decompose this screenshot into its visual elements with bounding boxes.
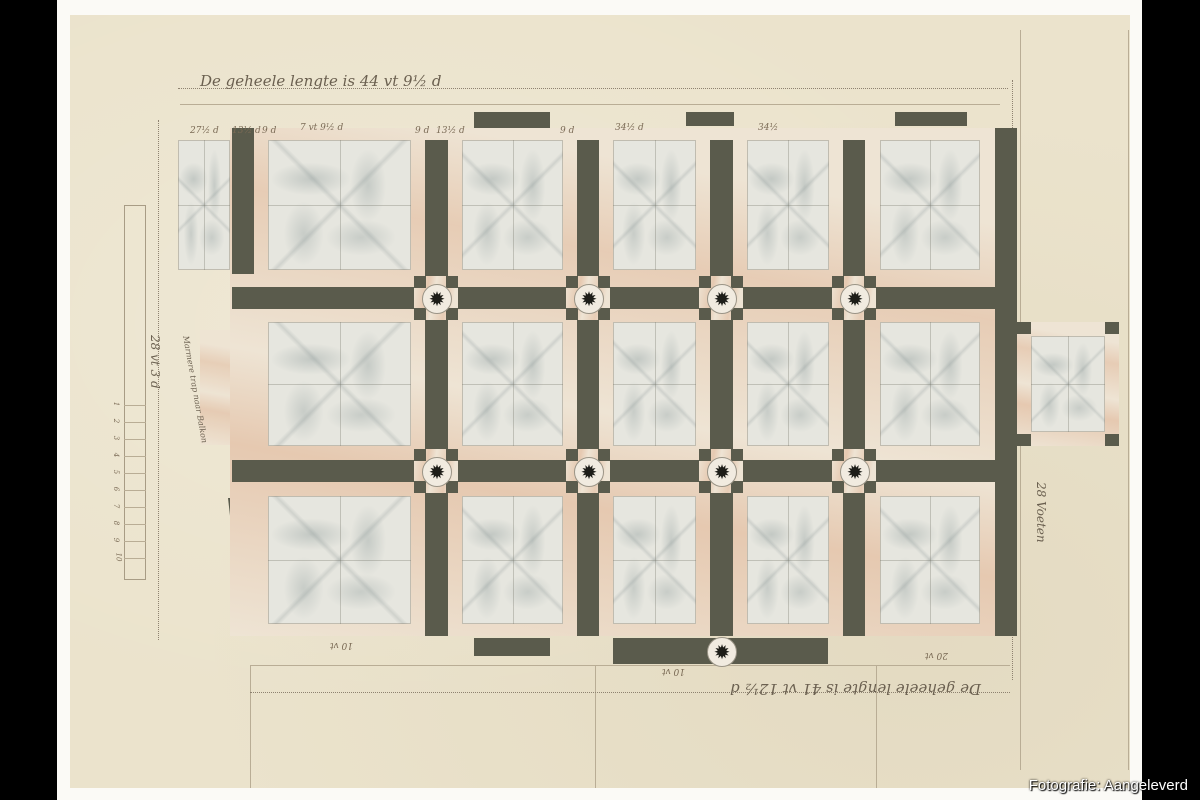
scale-tick-label: 5 [112,470,120,474]
right-annex-corner-4 [1105,434,1119,446]
intersection-corner [864,308,876,320]
hband-2 [232,460,995,482]
star-icon: ✹ [581,462,598,482]
intersection-corner [832,481,844,493]
dim-top-5: 9 d [415,126,429,136]
intersection-corner [699,481,711,493]
scale-tick [124,456,146,457]
intersection-corner [414,308,426,320]
intersection-corner [731,276,743,288]
top-niche-2 [686,112,734,126]
left-dimension-label: 28 vt 3 d [148,335,162,389]
right-annex-corner-1 [1017,322,1031,334]
star-medallion: ✹ [422,284,452,314]
scale-tick [124,405,146,406]
scale-tick-label: 8 [112,521,120,525]
star-icon: ✹ [714,462,731,482]
marble-panel-r2c5 [880,322,980,446]
intersection-corner [566,276,578,288]
guide-line-bottom-h [250,665,1010,666]
star-icon: ✹ [714,289,731,309]
dim-top-7: 9 d [560,126,574,136]
intersection-corner [699,449,711,461]
vband-5 [843,140,865,636]
scale-tick [124,541,146,542]
marble-panel-r3c2 [462,496,563,624]
marble-panel-r1c5 [880,140,980,270]
intersection-corner [446,449,458,461]
marble-panel-r2c1 [268,322,411,446]
star-icon: ✹ [714,642,731,662]
scale-tick-label: 9 [112,538,120,542]
intersection-corner [414,276,426,288]
dim-top-8: 34½ d [615,123,644,133]
vband-2 [425,140,448,636]
intersection-corner [598,308,610,320]
marble-panel-r1c2 [462,140,563,270]
scale-tick-label: 1 [112,402,120,406]
intersection-corner [699,276,711,288]
intersection-corner [566,481,578,493]
star-icon: ✹ [581,289,598,309]
star-medallion: ✹ [840,457,870,487]
scale-tick [124,524,146,525]
scale-tick-label: 2 [112,419,120,423]
intersection-corner [699,308,711,320]
dim-top-6: 13½ d [436,126,465,136]
star-icon: ✹ [847,462,864,482]
intersection-corner [414,481,426,493]
star-medallion: ✹ [840,284,870,314]
intersection-corner [598,276,610,288]
star-medallion-bottom: ✹ [707,637,737,667]
intersection-corner [566,308,578,320]
scale-tick-label: 4 [112,453,120,457]
marble-panel-r3c4 [747,496,829,624]
scale-tick-label: 6 [112,487,120,491]
star-medallion: ✹ [574,457,604,487]
scale-tick [124,473,146,474]
intersection-corner [598,449,610,461]
bottom-niche-1 [474,638,550,656]
scale-tick-label: 3 [112,436,120,440]
intersection-corner [832,449,844,461]
marble-panel-r2c3 [613,322,696,446]
star-medallion: ✹ [707,457,737,487]
scale-tick [124,439,146,440]
star-medallion: ✹ [422,457,452,487]
star-medallion: ✹ [574,284,604,314]
left-annex-top [178,140,230,270]
scale-tick [124,558,146,559]
marble-panel-r2c2 [462,322,563,446]
star-icon: ✹ [847,289,864,309]
hband-1 [232,287,995,309]
dim-bottom-3: 20 vt [925,650,948,660]
star-medallion: ✹ [707,284,737,314]
marble-panel-r3c1 [268,496,411,624]
marble-panel-r1c3 [613,140,696,270]
top-niche-3 [895,112,967,126]
intersection-corner [446,308,458,320]
intersection-corner [731,481,743,493]
dim-bottom-1: 10 vt [330,640,353,650]
width-label-bottom-right: 28 Voeten [1034,482,1048,543]
photo-credit: Fotografie: Aangeleverd [1029,777,1188,794]
intersection-corner [832,308,844,320]
intersection-corner [731,308,743,320]
intersection-corner [598,481,610,493]
dim-top-1: 27½ d [190,126,219,136]
guide-line-top [180,104,1000,105]
marble-panel-r3c5 [880,496,980,624]
vband-right-annex [995,322,1017,446]
intersection-corner [864,276,876,288]
intersection-corner [864,449,876,461]
guide-line-right-outer [1128,30,1129,770]
vband-4 [710,140,733,636]
dim-top-3: 9 d [262,126,276,136]
right-annex-marble [1031,336,1105,432]
intersection-corner [566,449,578,461]
vband-1-top [232,128,254,274]
star-icon: ✹ [429,462,446,482]
dim-top-2: 13½ d [232,126,261,136]
vband-3 [577,140,599,636]
intersection-corner [864,481,876,493]
star-icon: ✹ [429,289,446,309]
intersection-corner [832,276,844,288]
dim-top-4: 7 vt 9½ d [300,123,343,133]
scale-tick [124,422,146,423]
marble-panel-r1c4 [747,140,829,270]
scale-tick-label: 10 [114,553,122,562]
scale-tick [124,507,146,508]
intersection-corner [731,449,743,461]
title-bottom: De geheele lengte is 41 vt 12½ d [730,680,981,698]
marble-panel-r3c3 [613,496,696,624]
scale-tick-label: 7 [112,504,120,508]
right-annex-corner-2 [1105,322,1119,334]
intersection-corner [414,449,426,461]
dim-top-9: 34½ [758,123,778,133]
right-annex-corner-3 [1017,434,1031,446]
title-top: De geheele lengte is 44 vt 9½ d [200,72,441,90]
dim-bottom-2: 10 vt [662,666,685,676]
guide-line-bottom-1 [595,665,596,788]
guide-line-bottom-3 [250,665,251,788]
intersection-corner [446,276,458,288]
scale-tick [124,490,146,491]
intersection-corner [446,481,458,493]
marble-panel-r1c1 [268,140,411,270]
marble-panel-r2c4 [747,322,829,446]
